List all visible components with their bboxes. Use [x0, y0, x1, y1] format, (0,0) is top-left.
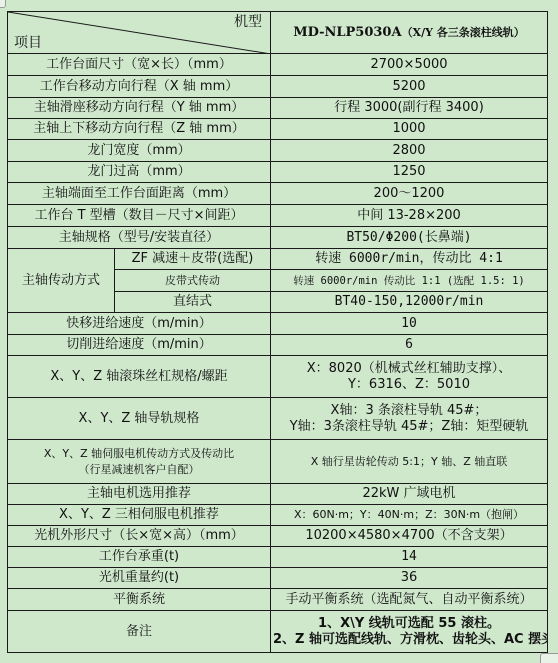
model-note: （X/Y 各三条滚柱线轨） — [402, 26, 525, 39]
transmission-option-label: ZF 减速＋皮带(选配) — [115, 249, 271, 270]
row-label: 切削进给速度（m/min） — [8, 335, 271, 356]
row-value: 5200 — [271, 76, 548, 98]
transmission-option-value: 转速 6000r/min，传动比 4:1 — [271, 249, 548, 270]
model-axis-label: 机型 — [234, 14, 262, 30]
guide-value-line2: Y轴：3条滚柱导轨 45#；Z轴：矩型硬轨 — [273, 419, 545, 435]
row-value: 2800 — [271, 140, 548, 162]
row-label: 主轴滑座移动方向行程（Y 轴 mm） — [8, 98, 271, 119]
model-name: MD-NLP5030A — [293, 25, 401, 40]
transmission-option-label: 直结式 — [115, 292, 271, 313]
table-row: 工作台承重(t) 14 — [8, 547, 548, 568]
table-row: 光机外形尺寸（长×宽×高）（mm） 10200×4580×4700（不含支架） — [8, 526, 548, 547]
transmission-label: 主轴传动方式 — [8, 249, 115, 313]
row-label: 龙门过高（mm） — [8, 162, 271, 183]
row-label: 龙门宽度（mm） — [8, 140, 271, 162]
table-row: 平衡系统 手动平衡系统（选配氮气、自动平衡系统） — [8, 589, 548, 611]
table-row: 主轴电机选用推荐 22kW 广域电机 — [8, 484, 548, 505]
servo-label-line2: （行星减速机客户自配） — [10, 462, 268, 478]
row-value: X 轴行星齿轮传动 5:1；Y 轴、Z 轴直联 — [271, 440, 548, 484]
page-corner-marker — [0, 0, 6, 8]
row-value: 2700×5000 — [271, 54, 548, 76]
table-row: 主轴上下移动方向行程（Z 轴 mm） 1000 — [8, 119, 548, 140]
table-row: 切削进给速度（m/min） 6 — [8, 335, 548, 356]
table-row: 光机重量约(t) 36 — [8, 568, 548, 589]
table-row: X、Y、Z 三相伺服电机推荐 X：60N·m；Y：40N·m；Z：30N·m（抱… — [8, 505, 548, 526]
spec-table: 机型 项目 MD-NLP5030A（X/Y 各三条滚柱线轨） 工作台面尺寸（宽×… — [7, 11, 548, 653]
row-label: X、Y、Z 轴滚珠丝杠规格/螺距 — [8, 356, 271, 398]
table-row: 快移进给速度（m/min） 10 — [8, 313, 548, 335]
row-label: 工作台移动方向行程（X 轴 mm） — [8, 76, 271, 98]
table-row: 主轴传动方式 ZF 减速＋皮带(选配) 转速 6000r/min，传动比 4:1 — [8, 249, 548, 270]
row-label: 主轴规格（型号/安装直径） — [8, 227, 271, 249]
row-value: 14 — [271, 547, 548, 568]
table-row: 主轴滑座移动方向行程（Y 轴 mm） 行程 3000(副行程 3400) — [8, 98, 548, 119]
page-corner-marker — [540, 653, 558, 663]
row-value: 22kW 广域电机 — [271, 484, 548, 505]
transmission-option-value: BT40-150,12000r/min — [271, 292, 548, 313]
row-value: 1250 — [271, 162, 548, 183]
table-row: 主轴端面至工作台面距离（mm） 200～1200 — [8, 183, 548, 205]
guide-value-line1: X轴：3 条滚柱导轨 45#； — [273, 403, 545, 419]
diagonal-line — [8, 12, 271, 54]
row-value: 1000 — [271, 119, 548, 140]
table-row: 工作台 T 型槽（数目－尺寸×间距） 中间 13-28×200 — [8, 205, 548, 227]
remarks-label: 备注 — [8, 611, 271, 653]
row-value: BT50/Φ200(长鼻端) — [271, 227, 548, 249]
row-value: 6 — [271, 335, 548, 356]
table-row: 工作台移动方向行程（X 轴 mm） 5200 — [8, 76, 548, 98]
row-label: X、Y、Z 轴导轨规格 — [8, 398, 271, 440]
row-label: 平衡系统 — [8, 589, 271, 611]
table-row: 工作台面尺寸（宽×长）（mm） 2700×5000 — [8, 54, 548, 76]
transmission-option-value: 转速 6000r/min 传动比 1:1 (选配 1.5: 1) — [271, 270, 548, 292]
row-value: X轴：3 条滚柱导轨 45#； Y轴：3条滚柱导轨 45#；Z轴：矩型硬轨 — [271, 398, 548, 440]
remarks-line2: 2、Z 轴可选配线轨、方滑枕、齿轮头、AC 摆头等。 — [273, 632, 545, 648]
row-label: 工作台承重(t) — [8, 547, 271, 568]
row-label: 主轴电机选用推荐 — [8, 484, 271, 505]
row-label: 快移进给速度（m/min） — [8, 313, 271, 335]
model-header-cell: MD-NLP5030A（X/Y 各三条滚柱线轨） — [271, 12, 548, 54]
row-label: X、Y、Z 轴伺服电机传动方式及传动比 （行星减速机客户自配） — [8, 440, 271, 484]
transmission-option-label: 皮带式传动 — [115, 270, 271, 292]
row-value: X：8020（机械式丝杠辅助支撑）、 Y：6316、Z：5010 — [271, 356, 548, 398]
row-value: 手动平衡系统（选配氮气、自动平衡系统） — [271, 589, 548, 611]
table-row: 备注 1、X\Y 线轨可选配 55 滚柱。 2、Z 轴可选配线轨、方滑枕、齿轮头… — [8, 611, 548, 653]
row-label: 光机外形尺寸（长×宽×高）（mm） — [8, 526, 271, 547]
row-value: 10 — [271, 313, 548, 335]
servo-label-line1: X、Y、Z 轴伺服电机传动方式及传动比 — [10, 446, 268, 462]
header-corner-cell: 机型 项目 — [8, 12, 271, 54]
row-value: 10200×4580×4700（不含支架） — [271, 526, 548, 547]
row-label: 主轴端面至工作台面距离（mm） — [8, 183, 271, 205]
row-value: 200～1200 — [271, 183, 548, 205]
row-value: 36 — [271, 568, 548, 589]
row-value: X：60N·m；Y：40N·m；Z：30N·m（抱闸） — [271, 505, 548, 526]
table-row: X、Y、Z 轴导轨规格 X轴：3 条滚柱导轨 45#； Y轴：3条滚柱导轨 45… — [8, 398, 548, 440]
table-row: 主轴规格（型号/安装直径） BT50/Φ200(长鼻端) — [8, 227, 548, 249]
header-row: 机型 项目 MD-NLP5030A（X/Y 各三条滚柱线轨） — [8, 12, 548, 54]
table-row: 龙门过高（mm） 1250 — [8, 162, 548, 183]
row-label: 工作台面尺寸（宽×长）（mm） — [8, 54, 271, 76]
row-value: 行程 3000(副行程 3400) — [271, 98, 548, 119]
remarks-line1: 1、X\Y 线轨可选配 55 滚柱。 — [273, 616, 545, 632]
ballscrew-value-line1: X：8020（机械式丝杠辅助支撑）、 — [273, 361, 545, 377]
table-row: X、Y、Z 轴伺服电机传动方式及传动比 （行星减速机客户自配） X 轴行星齿轮传… — [8, 440, 548, 484]
row-label: 工作台 T 型槽（数目－尺寸×间距） — [8, 205, 271, 227]
row-label: X、Y、Z 三相伺服电机推荐 — [8, 505, 271, 526]
remarks-value: 1、X\Y 线轨可选配 55 滚柱。 2、Z 轴可选配线轨、方滑枕、齿轮头、AC… — [271, 611, 548, 653]
row-label: 光机重量约(t) — [8, 568, 271, 589]
item-axis-label: 项目 — [14, 35, 42, 51]
row-label: 主轴上下移动方向行程（Z 轴 mm） — [8, 119, 271, 140]
table-row: 龙门宽度（mm） 2800 — [8, 140, 548, 162]
row-value: 中间 13-28×200 — [271, 205, 548, 227]
ballscrew-value-line2: Y：6316、Z：5010 — [273, 377, 545, 393]
table-row: X、Y、Z 轴滚珠丝杠规格/螺距 X：8020（机械式丝杠辅助支撑）、 Y：63… — [8, 356, 548, 398]
